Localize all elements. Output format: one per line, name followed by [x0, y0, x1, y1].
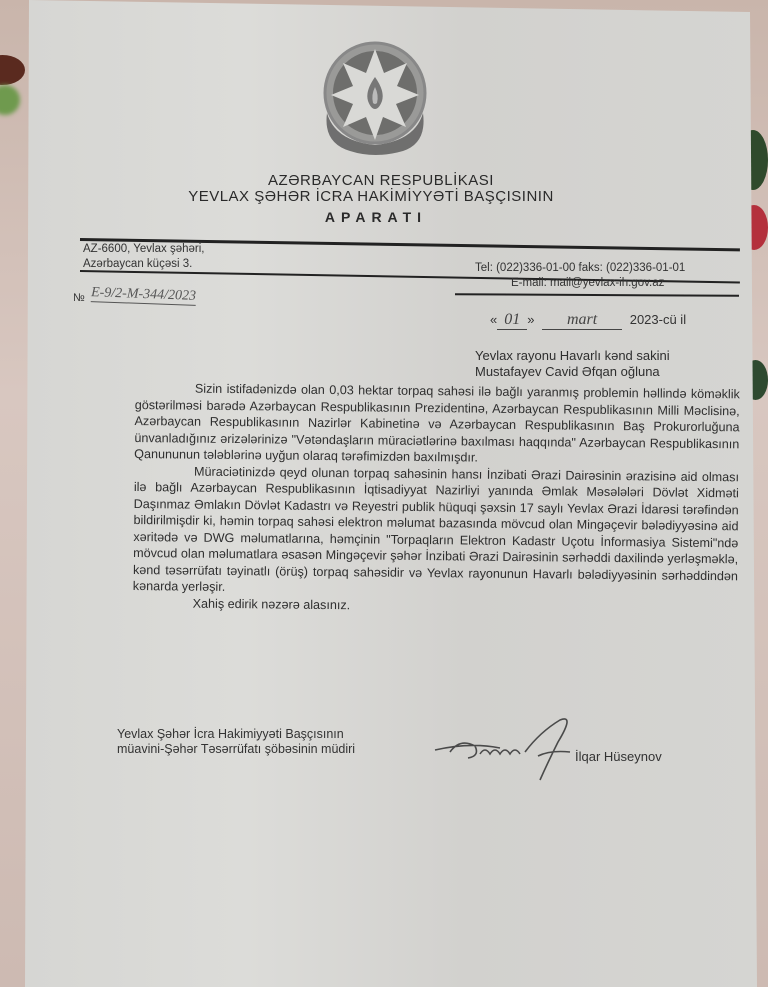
recipient-line-2: Mustafayev Cavid Əfqan oğluna	[475, 364, 670, 380]
handwritten-signature-icon	[430, 712, 600, 782]
background-decoration	[0, 55, 25, 85]
signatory-title-line-2: müavini-Şəhər Təsərrüfatı şöbəsinin müdi…	[117, 742, 355, 757]
header-country: AZƏRBAYCAN RESPUBLİKASI	[15, 172, 747, 189]
letter-page: AZƏRBAYCAN RESPUBLİKASI YEVLAX ŞƏHƏR İCR…	[25, 0, 757, 987]
date-close-quote: »	[527, 312, 534, 327]
address-line-2: Azərbaycan küçəsi 3.	[83, 258, 192, 270]
letter-date: «01» mart 2023-cü il	[490, 311, 686, 330]
signatory-title-line-1: Yevlax Şəhər İcra Hakimiyyəti Başçısının	[117, 727, 355, 742]
date-month: mart	[542, 311, 622, 330]
reference-number: E-9/2-M-344/2023	[91, 285, 197, 306]
background-decoration	[0, 85, 20, 115]
coat-of-arms-icon	[315, 33, 435, 158]
header-apparatus: APARATI	[10, 209, 742, 225]
phone-fax: Tel: (022)336-01-00 faks: (022)336-01-01	[475, 262, 685, 274]
contact-divider	[455, 293, 739, 296]
date-day: 01	[497, 311, 527, 330]
recipient-block: Yevlax rayonu Havarlı kənd sakini Mustaf…	[475, 348, 670, 380]
signatory-name: İlqar Hüseynov	[575, 749, 662, 764]
signatory-title: Yevlax Şəhər İcra Hakimiyyəti Başçısının…	[117, 727, 355, 757]
email-address: E-mail: mail@yevlax-ih.gov.az	[511, 277, 664, 289]
letter-body: Sizin istifadənizdə olan 0,03 hektar tor…	[133, 380, 740, 617]
recipient-line-1: Yevlax rayonu Havarlı kənd sakini	[475, 348, 670, 364]
body-paragraph: Müraciətinizdə qeyd olunan torpaq sahəsi…	[133, 462, 739, 600]
body-paragraph: Sizin istifadənizdə olan 0,03 hektar tor…	[134, 380, 740, 469]
address-line-1: AZ-6600, Yevlax şəhəri,	[83, 243, 204, 255]
date-open-quote: «	[490, 312, 497, 327]
header-office: YEVLAX ŞƏHƏR İCRA HAKİMİYYƏTİ BAŞÇISININ	[5, 188, 737, 205]
date-year: 2023-cü il	[630, 312, 686, 327]
reference-number-label: №	[73, 292, 85, 304]
